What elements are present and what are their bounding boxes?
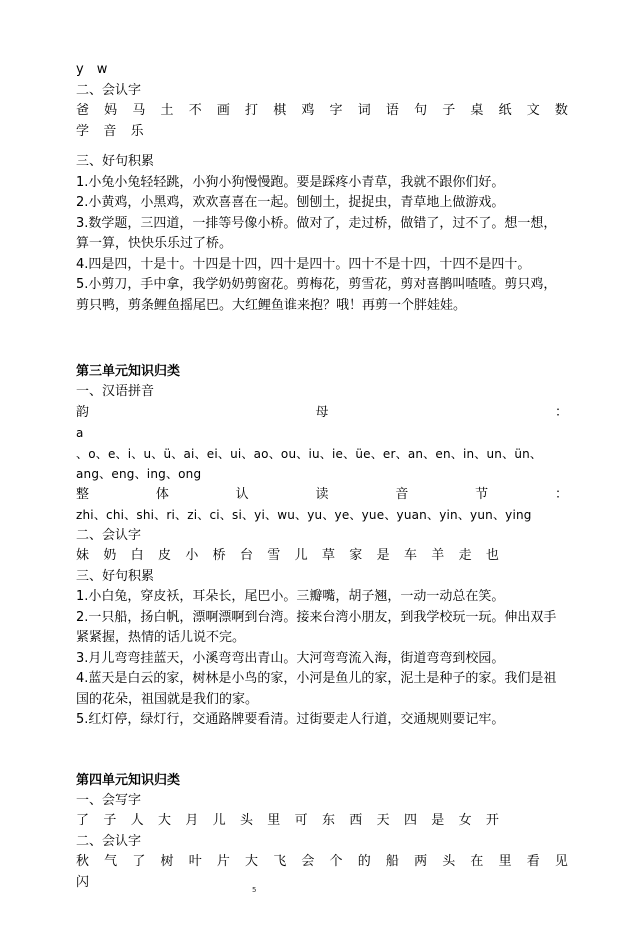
sentence: 3.月儿弯弯挂蓝天，小溪弯弯出青山。大河弯弯流入海，街道弯弯到校园。 bbox=[76, 649, 568, 670]
char: 子 bbox=[103, 811, 130, 832]
unit-heading: 第四单元知识归类 bbox=[76, 771, 568, 791]
char: 整 bbox=[76, 485, 89, 506]
write-chars-row: 了 子 人 大 月 儿 头 里 可 东 西 天 四 是 女 开 bbox=[76, 811, 568, 832]
recognize-chars-row: 妹 奶 白 皮 小 桥 台 雪 儿 草 家 是 车 羊 走 也 bbox=[76, 546, 568, 567]
char: 桥 bbox=[213, 546, 240, 567]
sentence: 2.小黄鸡，小黑鸡，欢欢喜喜在一起。刨刨土，捉捉虫，青草地上做游戏。 bbox=[76, 193, 568, 214]
char: 句 bbox=[414, 101, 427, 122]
char: 闪 bbox=[76, 873, 103, 894]
finals-first: a bbox=[76, 423, 568, 444]
char: 秋 bbox=[76, 852, 89, 873]
char: 打 bbox=[245, 101, 258, 122]
char: 土 bbox=[161, 101, 174, 122]
char: 头 bbox=[240, 811, 267, 832]
char: 认 bbox=[236, 485, 249, 506]
section-title-recognize: 二、会认字 bbox=[76, 526, 568, 547]
char: 音 bbox=[395, 485, 408, 506]
char: 妈 bbox=[104, 101, 117, 122]
section-title-write: 一、会写字 bbox=[76, 791, 568, 812]
char: 妹 bbox=[76, 546, 103, 567]
char: 开 bbox=[486, 811, 513, 832]
char: ： bbox=[555, 403, 568, 424]
char: 了 bbox=[132, 852, 145, 873]
char: 母 bbox=[315, 403, 328, 424]
page-number: 5 bbox=[252, 886, 256, 894]
section-title-recognize: 二、会认字 bbox=[76, 832, 568, 853]
char: 里 bbox=[499, 852, 512, 873]
char: 词 bbox=[358, 101, 371, 122]
char: 两 bbox=[414, 852, 427, 873]
whole-syllables: zhi、chi、shi、ri、zi、ci、si、yi、wu、yu、ye、yue、… bbox=[76, 505, 568, 526]
char: 见 bbox=[555, 852, 568, 873]
section-title-sentences: 三、好句积累 bbox=[76, 152, 568, 173]
char: 看 bbox=[527, 852, 540, 873]
char: 音 bbox=[103, 122, 130, 143]
char: 气 bbox=[104, 852, 117, 873]
char: 树 bbox=[161, 852, 174, 873]
finals-line: 、o、e、i、u、ü、ai、ei、ui、ao、ou、iu、ie、üe、er、an… bbox=[76, 444, 568, 465]
char: 也 bbox=[486, 546, 513, 567]
char: 了 bbox=[76, 811, 103, 832]
char: 数 bbox=[555, 101, 568, 122]
char: 文 bbox=[527, 101, 540, 122]
sentence: 4.蓝天是白云的家，树林是小鸟的家，小河是鱼儿的家，泥土是种子的家。我们是祖国的… bbox=[76, 669, 568, 710]
char: 台 bbox=[240, 546, 267, 567]
char: 画 bbox=[217, 101, 230, 122]
section-title-recognize: 二、会认字 bbox=[76, 81, 568, 102]
char: 奶 bbox=[103, 546, 130, 567]
char: 家 bbox=[349, 546, 376, 567]
sentence: 1.小兔小兔轻轻跳，小狗小狗慢慢跑。要是踩疼小青草，我就不跟你们好。 bbox=[76, 173, 568, 194]
char: 乐 bbox=[131, 122, 158, 143]
char: 头 bbox=[442, 852, 455, 873]
char: 天 bbox=[377, 811, 404, 832]
char: 小 bbox=[185, 546, 212, 567]
char: 纸 bbox=[499, 101, 512, 122]
char: 是 bbox=[377, 546, 404, 567]
char: ： bbox=[555, 485, 568, 506]
char: 羊 bbox=[431, 546, 458, 567]
whole-syllables-label: 整 体 认 读 音 节 ： bbox=[76, 485, 568, 506]
char: 在 bbox=[470, 852, 483, 873]
char: 鸡 bbox=[301, 101, 314, 122]
sentence: 3.数学题，三四道，一排等号像小桥。做对了，走过桥，做错了，过不了。想一想，算一… bbox=[76, 214, 568, 255]
char: 月 bbox=[185, 811, 212, 832]
sentence: 1.小白兔，穿皮袄，耳朵长，尾巴小。三瓣嘴，胡子翘，一动一动总在笑。 bbox=[76, 587, 568, 608]
sentence: 4.四是四，十是十。十四是十四，四十是四十。四十不是十四，十四不是四十。 bbox=[76, 255, 568, 276]
recognize-chars-row: 闪 bbox=[76, 873, 568, 894]
char: 草 bbox=[322, 546, 349, 567]
char: 可 bbox=[295, 811, 322, 832]
section-title-sentences: 三、好句积累 bbox=[76, 567, 568, 588]
document-page: y w 二、会认字 爸 妈 马 土 不 画 打 棋 鸡 字 词 语 句 子 桌 … bbox=[76, 60, 568, 893]
char: 马 bbox=[132, 101, 145, 122]
finals-label: 韵 母 ： bbox=[76, 403, 568, 424]
char: 飞 bbox=[273, 852, 286, 873]
char: 车 bbox=[404, 546, 431, 567]
char: 会 bbox=[301, 852, 314, 873]
unit-heading: 第三单元知识归类 bbox=[76, 362, 568, 382]
section-title-pinyin: 一、汉语拼音 bbox=[76, 382, 568, 403]
char: 桌 bbox=[470, 101, 483, 122]
char: 叶 bbox=[189, 852, 202, 873]
char: 体 bbox=[156, 485, 169, 506]
char: 船 bbox=[386, 852, 399, 873]
char: 人 bbox=[131, 811, 158, 832]
char: 雪 bbox=[267, 546, 294, 567]
char: 韵 bbox=[76, 403, 89, 424]
char: 爸 bbox=[76, 101, 89, 122]
char: 里 bbox=[267, 811, 294, 832]
char: 个 bbox=[330, 852, 343, 873]
char: 皮 bbox=[158, 546, 185, 567]
char: 白 bbox=[131, 546, 158, 567]
recognize-chars-row: 爸 妈 马 土 不 画 打 棋 鸡 字 词 语 句 子 桌 纸 文 数 bbox=[76, 101, 568, 122]
char: 女 bbox=[459, 811, 486, 832]
char: 是 bbox=[431, 811, 458, 832]
char: 字 bbox=[330, 101, 343, 122]
char: 东 bbox=[322, 811, 349, 832]
char: 棋 bbox=[273, 101, 286, 122]
char: 儿 bbox=[295, 546, 322, 567]
char: 四 bbox=[404, 811, 431, 832]
char: 子 bbox=[442, 101, 455, 122]
char: 读 bbox=[315, 485, 328, 506]
char: 大 bbox=[245, 852, 258, 873]
finals-line: ang、eng、ing、ong bbox=[76, 464, 568, 485]
recognize-chars-row: 学 音 乐 bbox=[76, 122, 568, 143]
char: 西 bbox=[349, 811, 376, 832]
char: 走 bbox=[459, 546, 486, 567]
char: 的 bbox=[358, 852, 371, 873]
char: 节 bbox=[475, 485, 488, 506]
char: 片 bbox=[217, 852, 230, 873]
sentence: 5.小剪刀，手中拿，我学奶奶剪窗花。剪梅花，剪雪花，剪对喜鹊叫喳喳。剪只鸡，剪只… bbox=[76, 275, 568, 316]
sentence: 5.红灯停，绿灯行，交通路牌要看清。过街要走人行道，交通规则要记牢。 bbox=[76, 710, 568, 731]
char: 不 bbox=[189, 101, 202, 122]
char: 大 bbox=[158, 811, 185, 832]
recognize-chars-row: 秋 气 了 树 叶 片 大 飞 会 个 的 船 两 头 在 里 看 见 bbox=[76, 852, 568, 873]
char: 学 bbox=[76, 122, 103, 143]
pinyin-tail: y w bbox=[76, 60, 568, 81]
char: 儿 bbox=[213, 811, 240, 832]
char: 语 bbox=[386, 101, 399, 122]
sentence: 2.一只船，扬白帆，漂啊漂啊到台湾。接来台湾小朋友，到我学校玩一玩。伸出双手紧紧… bbox=[76, 608, 568, 649]
